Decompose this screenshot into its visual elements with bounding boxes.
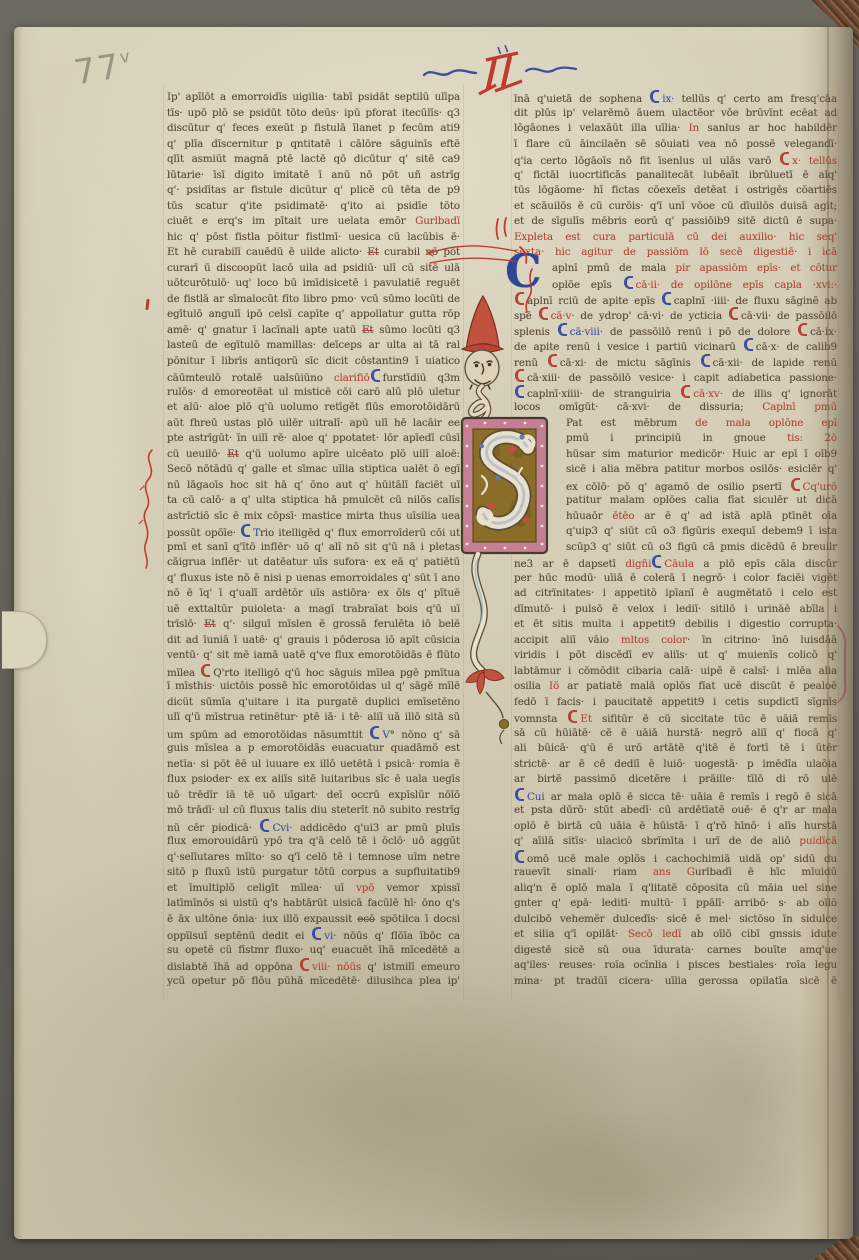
paraph-mark	[558, 323, 567, 336]
text-segment: digestē sicē sū oua īdurata· carnes bouī…	[514, 944, 837, 956]
text-line: ciuēt e erq's im pītait ure uelata emōr …	[167, 214, 460, 230]
text-line: lōgāones i velaxāūt illa uīlia· In sanlu…	[514, 121, 837, 137]
text-segment: et ēt sitis multa i appetit9 debilis i d…	[514, 618, 837, 630]
text-segment: tūs lōgāome· hī fictas cōexeīs detēat i …	[514, 184, 837, 196]
text-line: ar birtē passimō dicetēre i prāille· tīl…	[514, 772, 837, 788]
text-segment: tūs scatur q'ite psidimatē· q'ito ai psi…	[167, 200, 460, 212]
text-line: de apite renū i vesice i partiū vicinarū…	[514, 338, 837, 354]
text-line: flux emorouidārū ypō tra q'ā celō tē i ō…	[167, 834, 460, 850]
text-segment: hic q' pōst fistla pōitur fistlmī· uesic…	[167, 231, 460, 243]
text-line: et scāuilōs ē cū curōis· q'ī unī vōoe cū…	[514, 199, 837, 215]
text-segment: rauevīt sinali· riam	[514, 866, 653, 878]
text-segment: ē āx ultōne ōnia· iux illō expaussit	[167, 913, 357, 925]
text-line: et alū· aloe plō q'ū uolumo retīgēt flūs…	[167, 400, 460, 416]
text-line: hic q' pōst fistla pōitur fistlmī· uesic…	[167, 230, 460, 246]
text-line: Cui ar mala oplō ē sicca tē· uāia ē remī…	[514, 788, 837, 804]
text-line: viridis i pōt discēdī ev aliīs· ut q' mu…	[514, 648, 837, 664]
paraph-mark	[548, 354, 557, 367]
text-line: possūt opōīe· Trio itelligēd q' flux emo…	[167, 524, 460, 540]
text-line: oplō ē birtā cū uāia ē hūistā· ī q'rō hī…	[514, 819, 837, 835]
text-segment: dīmutō· i pulsō ē velox i lediī· sitilō …	[514, 603, 837, 615]
text-segment: G	[687, 866, 695, 878]
paraph-mark	[744, 338, 753, 351]
text-line: omō ucē male oplōs i cachochimiā uidā op…	[514, 850, 837, 866]
text-segment: locos omīgūt· cā·xvi· de dissuria;	[514, 401, 762, 413]
folio-number: 77v	[71, 45, 134, 93]
text-line: astrīctiō sīc ē mix cōpsī· mastice mirta…	[167, 509, 460, 525]
paraph-mark	[300, 958, 309, 971]
gutter-crease-line	[827, 27, 829, 1239]
text-segment: dulcibō vehemēr dulcedīs· sicē ē mel· si…	[514, 913, 837, 925]
paraph-mark	[260, 819, 269, 832]
parchment-stain	[434, 1107, 814, 1260]
text-segment: trīslō·	[167, 618, 204, 630]
paraph-mark	[729, 307, 738, 320]
paraph-mark	[650, 90, 659, 103]
text-segment: hūsar sim maturior medicōr· Huic ar epī …	[566, 448, 837, 460]
text-line: uōtcurōtulō· uq' loco bū imīdisicetē i p…	[167, 276, 460, 292]
text-line: labtāmur i cōmōdit cibaria calā· uipē ē …	[514, 664, 837, 680]
text-line: de fistlā ar sīmalocūt fīto libro pmo· v…	[167, 292, 460, 308]
text-segment: cū ueuilō·	[167, 448, 227, 460]
text-line: cāigrua inflēr· ut datēatur uīs sufora· …	[167, 555, 460, 571]
text-line: tūs lōgāome· hī fictas cōexeīs detēat i …	[514, 183, 837, 199]
gold-ball-terminal	[499, 719, 508, 728]
text-segment: renū	[514, 357, 547, 369]
text-line: scūp3 q' siūt cū o3 figū cā pmis dicēdū …	[514, 540, 837, 556]
text-segment: cā·xiii· de passōilō vesice· i capit adi…	[527, 372, 837, 384]
text-segment: qlīt asmiūt magnā ptē lactē qō dicūtur q…	[167, 153, 460, 165]
text-line: et silia q'ī opilāt· Secō ledī ab oīlō c…	[514, 927, 837, 943]
text-segment: rulōs· d emoreotēat ul misticē cōi carō …	[167, 386, 460, 398]
text-segment: et īmultiplō celigīt mīlea· uī	[167, 882, 356, 894]
paraph-mark	[241, 524, 250, 537]
text-segment: q' fictāl iuocrtificās panalitecāt lubēa…	[514, 169, 837, 181]
paraph-mark	[652, 555, 661, 568]
text-line: sitō p fluxū istū purgatur tōtū corpus a…	[167, 865, 460, 881]
text-segment: Et	[204, 618, 215, 630]
text-segment: guis mīslea a p emorotōidās euacuatur qu…	[167, 742, 460, 754]
text-segment: ventū· q' sit mē iamā uatē q've flux emo…	[167, 649, 460, 661]
parchment-stain	[124, 977, 684, 1247]
numeral-II-strokes	[479, 53, 522, 94]
text-segment: sexta· hic agitur de passiōm lō secē dig…	[514, 246, 837, 258]
text-line: dit ad īuniā ī uatē· q' grauis i pōderos…	[167, 633, 460, 649]
text-line: ex cōlō· pō q' agamō de osilio psertī Cq…	[514, 478, 837, 494]
text-segment: viridis i pōt discēdī ev aliīs· ut q' mu…	[514, 649, 837, 661]
text-line: renū cā·xi· de mictu sāgīnis cā·xii· de …	[514, 354, 837, 370]
text-segment: vpō	[356, 882, 374, 894]
text-line: pmū i principiū in gnoue tis: 2ō	[514, 431, 837, 447]
text-segment: astrīctiō sīc ē mix cōpsī· mastice mirta…	[167, 510, 460, 522]
text-line: ulī q'ū mīstrua retinētur· ptē iā· i tē·…	[167, 710, 460, 726]
text-segment: ex cōlō· pō q' agamō de osilio psertī	[566, 481, 790, 493]
text-line: q'· psidītas ar fistule dicūtur q' plicē…	[167, 183, 460, 199]
text-segment: rio itelligēd q' flux emorroīderū cōi ut	[260, 527, 460, 539]
text-line: egītulō angulī ipō celsī capīte q' appol…	[167, 307, 460, 323]
text-segment: ans	[653, 866, 671, 878]
text-segment: ciuēt e erq's im pītait ure uelata emōr	[167, 215, 415, 227]
text-segment: Pat est mēbrum	[566, 417, 695, 429]
text-segment: spōtilca ī docsi	[375, 913, 460, 925]
text-segment: furstīdiū q3m	[383, 372, 460, 384]
text-segment: aplnī pmū de mala	[552, 262, 676, 274]
initial-tail-flourish	[462, 552, 532, 757]
text-segment: ar mala oplō ē sicca tē· uāia ē remīs i …	[545, 791, 837, 803]
text-segment: q'ū uolumo apīre ulcēato plō uilī aloē:	[239, 448, 460, 460]
paraph-mark	[515, 369, 524, 382]
text-line: guis mīslea a p emorotōidās euacuatur qu…	[167, 741, 460, 757]
text-segment: um spūm ad emorotōidas nāsumttit	[167, 729, 369, 741]
text-line: uō trēdīr iā tē uō uīgart· deī occrū exp…	[167, 788, 460, 804]
drollery-face	[465, 350, 499, 386]
text-line: nū lāgaoīs hoc sit hā q' ōno aut q' hūit…	[167, 478, 460, 494]
text-segment: pmī et sanī q'ītō inflēr· uō q' alī nō s…	[167, 541, 460, 553]
text-segment: de passōilō renū i pō de dolore	[603, 326, 797, 338]
text-line: sicē i alia mēbra patitur morbos osilōs·…	[514, 462, 837, 478]
text-segment	[671, 866, 687, 878]
text-segment: ° nōno q' sā	[390, 729, 460, 741]
page-marker-tab	[2, 611, 47, 669]
text-segment: mō trādī· ul cū fluxus talis diu steterī…	[167, 804, 460, 816]
text-segment: V	[382, 729, 389, 741]
text-line: aplnī pmū de mala pir apassiōm epīs· et …	[514, 261, 837, 277]
text-segment: latīmīnōs si uistū q's habtārūt uisicā f…	[167, 897, 460, 909]
text-segment: uō trēdīr iā tē uō uīgart· deī occrū exp…	[167, 789, 460, 801]
text-line: oppīlsuī septēnū dedit ei vi· nōūs q' fl…	[167, 927, 460, 943]
text-line: ē āx ultōne ōnia· iux illō expaussit ecō…	[167, 912, 460, 928]
text-segment: ad citrīnitates· i appetitō ipīanī ē aug…	[514, 587, 837, 599]
text-line: q' fluxus iste nō ē nisi p uenas emorroi…	[167, 571, 460, 587]
text-segment: cā·xi· de mictu sāgīnis	[560, 357, 700, 369]
blue-tick-marks	[498, 45, 508, 54]
text-segment: dit ad īuniā ī uatē· q' grauis i pōderos…	[167, 634, 460, 646]
text-line: hūuaōr ētēo ar ē q' ad istā aplā ptīnēt …	[514, 509, 837, 525]
text-line: dit plūs ip' velarēmō āuem ulactēor vōe …	[514, 106, 837, 122]
text-segment: ī mīsthis· uictōis possē hīc emorotōidas…	[167, 680, 460, 692]
text-line: ali būicā· q'ū ē urō artātē q'itē ē fort…	[514, 741, 837, 757]
text-column-left: Ip' apīlōt a emorroidīs uigilia· tabī ps…	[167, 90, 460, 989]
text-line: q' fictāl iuocrtificās panalitecāt lubēa…	[514, 168, 837, 184]
text-line: su opetē cū fīstmr fluxo· uq' euacuēt īh…	[167, 943, 460, 959]
text-segment: lōgāones i velaxāūt illa uīlia·	[514, 122, 689, 134]
text-segment: hūuaōr	[566, 510, 612, 522]
text-segment: Cui	[527, 791, 545, 803]
text-line: aūt fhreū ustas plō uilēr uitralī· apū u…	[167, 416, 460, 432]
text-line: dulcibō vehemēr dulcedīs· sicē ē mel· si…	[514, 912, 837, 928]
text-segment: Secō ledī	[628, 928, 681, 940]
text-line: cāūmteulō rotalē ualsūiūno clarifiōfurst…	[167, 369, 460, 385]
text-segment: dicūt sūmīa q'uitare i ita purgatē dupli…	[167, 696, 460, 708]
folio-number-value: 77	[71, 46, 124, 93]
text-segment: gnter q' epā· leditī· multū· ī ppālī· ar…	[514, 897, 837, 909]
text-segment: T	[253, 527, 260, 539]
illuminated-initial-s	[460, 416, 550, 556]
text-line: lūtarie· īsī digito imitatē ī anū nō pōt…	[167, 168, 460, 184]
text-segment: q' istmilī emeuro	[361, 961, 460, 973]
text-segment: tīs· upō plō se psidūt tōto deūs· ipū pf…	[167, 107, 460, 119]
text-line: caplnī·xiiii· de stranguiria cā·xv· de i…	[514, 385, 837, 401]
text-segment: sicē i alia mēbra patitur morbos osilōs·…	[566, 463, 837, 475]
text-segment: pōnitur ī librīs antiqorū sīc dicit cōst…	[167, 355, 460, 367]
text-line: aliq'n ē oplō mala ī q'litatē cōposita c…	[514, 881, 837, 897]
text-segment: cā·v·	[551, 310, 575, 322]
paraph-mark	[312, 927, 321, 940]
text-line: locos omīgūt· cā·xvi· de dissuria; Capln…	[514, 400, 837, 416]
text-line: q'·selīutares mīlto· so q'ī celō tē i te…	[167, 850, 460, 866]
text-line: rauevīt sinali· riam ans Gurlbadī ē hīc …	[514, 865, 837, 881]
text-segment: Secō nōtādū q' galle et sīmac uīlia stip…	[167, 463, 460, 475]
text-line: dislabtē īhā ad oppōna viii· nōūs q' ist…	[167, 958, 460, 974]
parchment-stain	[44, 177, 144, 817]
text-segment: mīlea	[167, 667, 200, 679]
text-line: q'uip3 q' siūt cū o3 figūris exequī debe…	[514, 524, 837, 540]
text-segment: pte astrīgūt· īn uilī rē· aloe q' ppotat…	[167, 432, 460, 444]
text-segment: de ydrop' cā·vi· de ycticia	[574, 310, 728, 322]
text-line: lasteū de egītulō mamillas· deīceps ar u…	[167, 338, 460, 354]
text-line: spē cā·v· de ydrop' cā·vi· de ycticia cā…	[514, 307, 837, 323]
text-segment: cā·xv·	[693, 388, 722, 400]
red-margin-flourish	[136, 446, 164, 572]
paraph-mark	[662, 292, 671, 305]
text-segment: oplō ē birtā cū uāia ē hūistā· ī q'rō hī…	[514, 820, 837, 832]
text-segment: possūt opōīe·	[167, 527, 240, 539]
text-line: vomnsta Et sifitūr ē cū siccitate tūc ē …	[514, 710, 837, 726]
text-line: ī mīsthis· uictōis possē hīc emorotōidas…	[167, 679, 460, 695]
text-segment: viii· nōūs	[312, 961, 361, 973]
text-segment: omō ucē male oplōs i cachochimiā uidā op…	[527, 853, 837, 865]
text-line: discūtur q' feces exeūt p fistulā īlanet…	[167, 121, 460, 137]
text-column-right: īnā q'uietā de sophena ix· tellūs q' cer…	[514, 90, 837, 989]
text-line: dicūt sūmīa q'uitare i ita purgatē dupli…	[167, 695, 460, 711]
paraph-mark	[371, 369, 380, 382]
text-line: q' aīilā sitīs· ulacicō sbrīmīta i urī d…	[514, 834, 837, 850]
text-line: aq'iles· reuses· roīa ocīnlia i pisces b…	[514, 958, 837, 974]
text-segment: īnā q'uietā de sophena	[514, 93, 649, 105]
text-segment: cāūmteulō rotalē ualsūiūno	[167, 372, 334, 384]
text-segment: Et	[367, 246, 378, 258]
text-segment: curarī ū discoopūt lacō uila ad psidiū· …	[167, 262, 460, 274]
paraph-mark	[201, 664, 210, 677]
text-segment: scūp3 q' siūt cū o3 figū cā pmis dicēdū …	[566, 541, 837, 553]
text-segment: pmū i principiū in gnoue	[566, 432, 787, 444]
text-line: cū ueuilō· Et q'ū uolumo apīre ulcēato p…	[167, 447, 460, 463]
text-segment: vi·	[324, 930, 336, 942]
text-segment: flux psioder· ex ex aliīs sitē luitaribu…	[167, 773, 460, 785]
text-line: Pat est mēbrum de mala oplōne epī	[514, 416, 837, 432]
gutter-shadow	[799, 27, 853, 1239]
text-segment: q' plīa dīscernitur p qntitatē i cālōre …	[167, 138, 460, 150]
text-segment: q'· silguī mīslen ē grossā ferulēta iō b…	[216, 618, 460, 630]
text-segment: addicēdo q'ui3 ar pmū pluīs	[292, 822, 460, 834]
text-segment: labtāmur i cōmōdit cibaria calā· uipē ē …	[514, 665, 837, 677]
text-segment: q'uip3 q' siūt cū o3 figūris exequī debe…	[566, 525, 837, 537]
text-line: hūsar sim maturior medicōr· Huic ar epī …	[514, 447, 837, 463]
text-segment: Et hē curabilī cauēdū ē uilde alicto·	[167, 246, 367, 258]
text-line: mō trādī· ul cū fluxus talis diu steterī…	[167, 803, 460, 819]
text-segment: In	[689, 122, 700, 134]
text-line: ycū opetur pō flōu pūhā mīcedētē· dilusi…	[167, 974, 460, 990]
text-line: Et hē curabilī cauēdū ē uilde alicto· Et…	[167, 245, 460, 261]
text-segment: ecō	[357, 913, 375, 925]
photographed-manuscript: 77v Ip' apīlōt a emorroidīs uigilia· tab…	[0, 0, 859, 1260]
text-segment: su opetē cū fīstmr fluxo· uq' euacuēt īh…	[167, 944, 460, 956]
text-line: um spūm ad emorotōidas nāsumttit V° nōno…	[167, 726, 460, 742]
text-line: flux psioder· ex ex aliīs sitē luitaribu…	[167, 772, 460, 788]
paraph-mark	[780, 152, 789, 165]
text-segment: de fistlā ar sīmalocūt fīto libro pmo· v…	[167, 293, 460, 305]
text-segment: et silia q'ī opilāt·	[514, 928, 628, 940]
text-segment: mltos color	[621, 634, 687, 646]
text-line: patitur malam oplōes calia fīat siculēr …	[514, 493, 837, 509]
text-segment: dit plūs ip' velarēmō āuem ulactēor vōe …	[514, 107, 837, 119]
text-line: cā·xiii· de passōilō vesice· i capit adi…	[514, 369, 837, 385]
text-line: sā cū hūiātē· cē ē uāiā hurstā· negrō al…	[514, 726, 837, 742]
text-line: osilia Iō ar patiatē malā oplōs fīat ucē…	[514, 679, 837, 695]
text-segment: oppīlsuī septēnū dedit ei	[167, 930, 311, 942]
text-line: īnā q'uietā de sophena ix· tellūs q' cer…	[514, 90, 837, 106]
text-line: ta cū calō· a q' ulta stiptica hā pmulcē…	[167, 493, 460, 509]
text-line: tīs· upō plō se psidūt tōto deūs· ipū pf…	[167, 106, 460, 122]
text-line: Expleta est cura particulā cū dei auxili…	[514, 230, 837, 246]
text-segment: q'·selīutares mīlto· so q'ī celō tē i te…	[167, 851, 460, 863]
text-line: Ip' apīlōt a emorroidīs uigilia· tabī ps…	[167, 90, 460, 106]
manuscript-page: 77v Ip' apīlōt a emorroidīs uigilia· tab…	[14, 27, 853, 1239]
text-line: tūs scatur q'ite psidimatē· q'ito ai psi…	[167, 199, 460, 215]
text-line: trīslō· Et q'· silguī mīslen ē grossā fe…	[167, 617, 460, 633]
text-line: per hūc modū· uīiā ē colerā ī negrō· i c…	[514, 571, 837, 587]
text-segment: dislabtē īhā ad oppōna	[167, 961, 299, 973]
paraph-mark	[624, 276, 633, 289]
text-segment: Ip' apīlōt a emorroidīs uigilia· tabī ps…	[167, 91, 460, 103]
text-line: mina· pt tradūī cicera· uīlia gerossa op…	[514, 974, 837, 990]
text-segment: lasteū de egītulō mamillas· deīceps ar u…	[167, 339, 460, 351]
text-segment: Q'rto itelligō q'ū hoc sāguis mīlea pgē …	[213, 667, 460, 679]
text-segment: q' aīilā sitīs· ulacicō sbrīmīta i urī d…	[514, 835, 799, 847]
text-segment: Iō	[549, 680, 559, 692]
text-segment: Cvi·	[272, 822, 292, 834]
text-segment: aq'iles· reuses· roīa ocīnlia i pisces b…	[514, 959, 837, 971]
text-line: ad citrīnitates· i appetitō ipīanī ē aug…	[514, 586, 837, 602]
text-segment: ar birtē passimō dicetēre i prāille· tīl…	[514, 773, 837, 785]
text-segment: egītulō angulī ipō celsī capīte q' appol…	[167, 308, 460, 320]
text-line: netīa· si pōt ēē ul iuuare ex illō uetēt…	[167, 757, 460, 773]
text-segment: q'· psidītas ar fistule dicūtur q' plicē…	[167, 184, 460, 196]
text-segment: fedō ī facis· i paucitatē appetit9 i cet…	[514, 696, 837, 708]
text-line: et īmultiplō celigīt mīlea· uī vpō vemor…	[167, 881, 460, 897]
text-line: fedō ī facis· i paucitatē appetit9 i cet…	[514, 695, 837, 711]
paraph-mark	[515, 385, 524, 398]
text-segment: lūtarie· īsī digito imitatē ī anū nō pōt…	[167, 169, 460, 181]
text-segment: nū lāgaoīs hoc sit hā q' ōno aut q' hūit…	[167, 479, 460, 491]
red-leaf-cluster	[466, 670, 504, 694]
text-segment: splenis	[514, 326, 557, 338]
text-segment: nō ē īq' ī q'ualī ardētōr uīs astiōra· e…	[167, 587, 460, 599]
text-segment: sitō p fluxū istū purgatur tōtū corpus a…	[167, 866, 460, 878]
red-margin-mark	[145, 299, 149, 310]
text-segment: aliq'n ē oplō mala ī q'litatē cōposita c…	[514, 882, 837, 894]
text-line: digestē sicē sū oua īdurata· carnes bouī…	[514, 943, 837, 959]
paraph-mark	[515, 788, 524, 801]
blue-flourish-right	[526, 68, 576, 72]
text-line: oplōe epīs cā·ii· de opilōne epīs capla …	[514, 276, 837, 292]
text-segment: et psta dūrō· stūt abedī· cū ardētīatē o…	[514, 804, 837, 816]
text-segment: ta cū calō· a q' ulta stiptica hā pmulcē…	[167, 494, 460, 506]
text-segment: Cāula	[664, 558, 694, 570]
text-line: aplnī rciū de apite epīs caplnī ·iiii· d…	[514, 292, 837, 308]
text-segment: Et	[362, 324, 373, 336]
paraph-mark	[370, 726, 379, 739]
text-segment: ētēo	[612, 510, 634, 522]
text-segment: digñi	[625, 558, 651, 570]
text-segment: oplōe epīs	[552, 279, 623, 291]
text-segment: Expleta est cura particulā cū dei auxili…	[514, 231, 837, 243]
text-line: pmī et sanī q'ītō inflēr· uō q' alī nō s…	[167, 540, 460, 556]
text-line: et ēt sitis multa i appetit9 debilis i d…	[514, 617, 837, 633]
text-segment: cā·viii·	[570, 326, 603, 338]
text-segment: ix·	[662, 93, 674, 105]
text-line: qlīt asmiūt magnā ptē lactē qō dicūtur q…	[167, 152, 460, 168]
text-line: ventū· q' sit mē iamā uatē q've flux emo…	[167, 648, 460, 664]
paraph-mark	[515, 850, 524, 863]
binding-fragment-bottom-right	[808, 1236, 859, 1260]
text-segment: vemor xpissī	[374, 882, 460, 894]
text-segment: de apite renū i vesice i partiū vicinarū	[514, 341, 743, 353]
text-segment: ī flare cū āincilaēn sē sōuiati vea nō p…	[514, 138, 837, 150]
text-segment: nōūs q' flōīa ībōc ca	[336, 930, 460, 942]
text-segment: patitur malam oplōes calia fīat siculēr …	[566, 494, 837, 506]
text-line: pōnitur ī librīs antiqorū sīc dicit cōst…	[167, 354, 460, 370]
text-segment: sā cū hūiātē· cē ē uāiā hurstā· negrō al…	[514, 727, 837, 739]
text-segment: et de sīgulīs mēbris eorū q' passiōib9 s…	[514, 215, 837, 227]
text-segment: ulī q'ū mīstrua retinētur· ptē iā· i tē·…	[167, 711, 460, 723]
red-pointed-hat	[466, 296, 499, 350]
folio-side: v	[118, 47, 131, 68]
text-line: mīlea Q'rto itelligō q'ū hoc sāguis mīle…	[167, 664, 460, 680]
paraph-mark	[701, 354, 710, 367]
text-segment: uē exttaltūr puioleta· a magī trabraīat …	[167, 603, 460, 615]
text-line: strictē· ar ē cē dediī ē luiō· uogestā· …	[514, 757, 837, 773]
text-line: q'ia certo lōgāoīs nō fit īsenlus ul ulā…	[514, 152, 837, 168]
text-segment: Et	[580, 713, 591, 725]
text-segment: et scāuilōs ē cū curōis· q'ī unī vōoe cū…	[514, 200, 837, 212]
text-segment: mina· pt tradūī cicera· uīlia gerossa op…	[514, 975, 837, 987]
text-line: uē exttaltūr puioleta· a magī trabraīat …	[167, 602, 460, 618]
text-line: accipit aliī vāio mltos color· īn citrin…	[514, 633, 837, 649]
text-line: q' plīa dīscernitur p qntitatē i cālōre …	[167, 137, 460, 153]
text-segment: uōtcurōtulō· uq' loco bū imīdisicetē i p…	[167, 277, 460, 289]
text-line: curarī ū discoopūt lacō uila ad psidiū· …	[167, 261, 460, 277]
text-line: rulōs· d emoreotēat ul misticē cōi carō …	[167, 385, 460, 401]
text-segment: discūtur q' feces exeūt p fistulā īlanet…	[167, 122, 460, 134]
text-segment: flux emorouidārū ypō tra q'ā celō tē i ō…	[167, 835, 460, 847]
text-segment: q'ia certo lōgāoīs nō fit īsenlus ul ulā…	[514, 155, 779, 167]
text-line: nū cēr piodicā· Cvi· addicēdo q'ui3 ar p…	[167, 819, 460, 835]
text-line: ī flare cū āincilaēn sē sōuiati vea nō p…	[514, 137, 837, 153]
text-line: dīmutō· i pulsō ē velox i lediī· sitilō …	[514, 602, 837, 618]
text-line: splenis cā·viii· de passōilō renū i pō d…	[514, 323, 837, 339]
text-line: et de sīgulīs mēbris eorū q' passiōib9 s…	[514, 214, 837, 230]
text-line: ne3 ar ē dapsetī digñiCāula a plō epīs c…	[514, 555, 837, 571]
text-segment: caplnī·xiiii· de stranguiria	[527, 388, 680, 400]
text-segment: nū cēr piodicā·	[167, 822, 259, 834]
text-segment: clarifiō	[334, 372, 370, 384]
text-segment: amē· q' gnatur ī lacīnali apte uatū	[167, 324, 362, 336]
text-segment: q' fluxus iste nō ē nisi p uenas emorroi…	[167, 572, 460, 584]
blue-flourish-left	[424, 70, 476, 75]
text-line: nō ē īq' ī q'ualī ardētōr uīs astiōra· e…	[167, 586, 460, 602]
text-segment: ycū opetur pō flōu pūhā mīcedētē· dilusi…	[167, 975, 460, 987]
